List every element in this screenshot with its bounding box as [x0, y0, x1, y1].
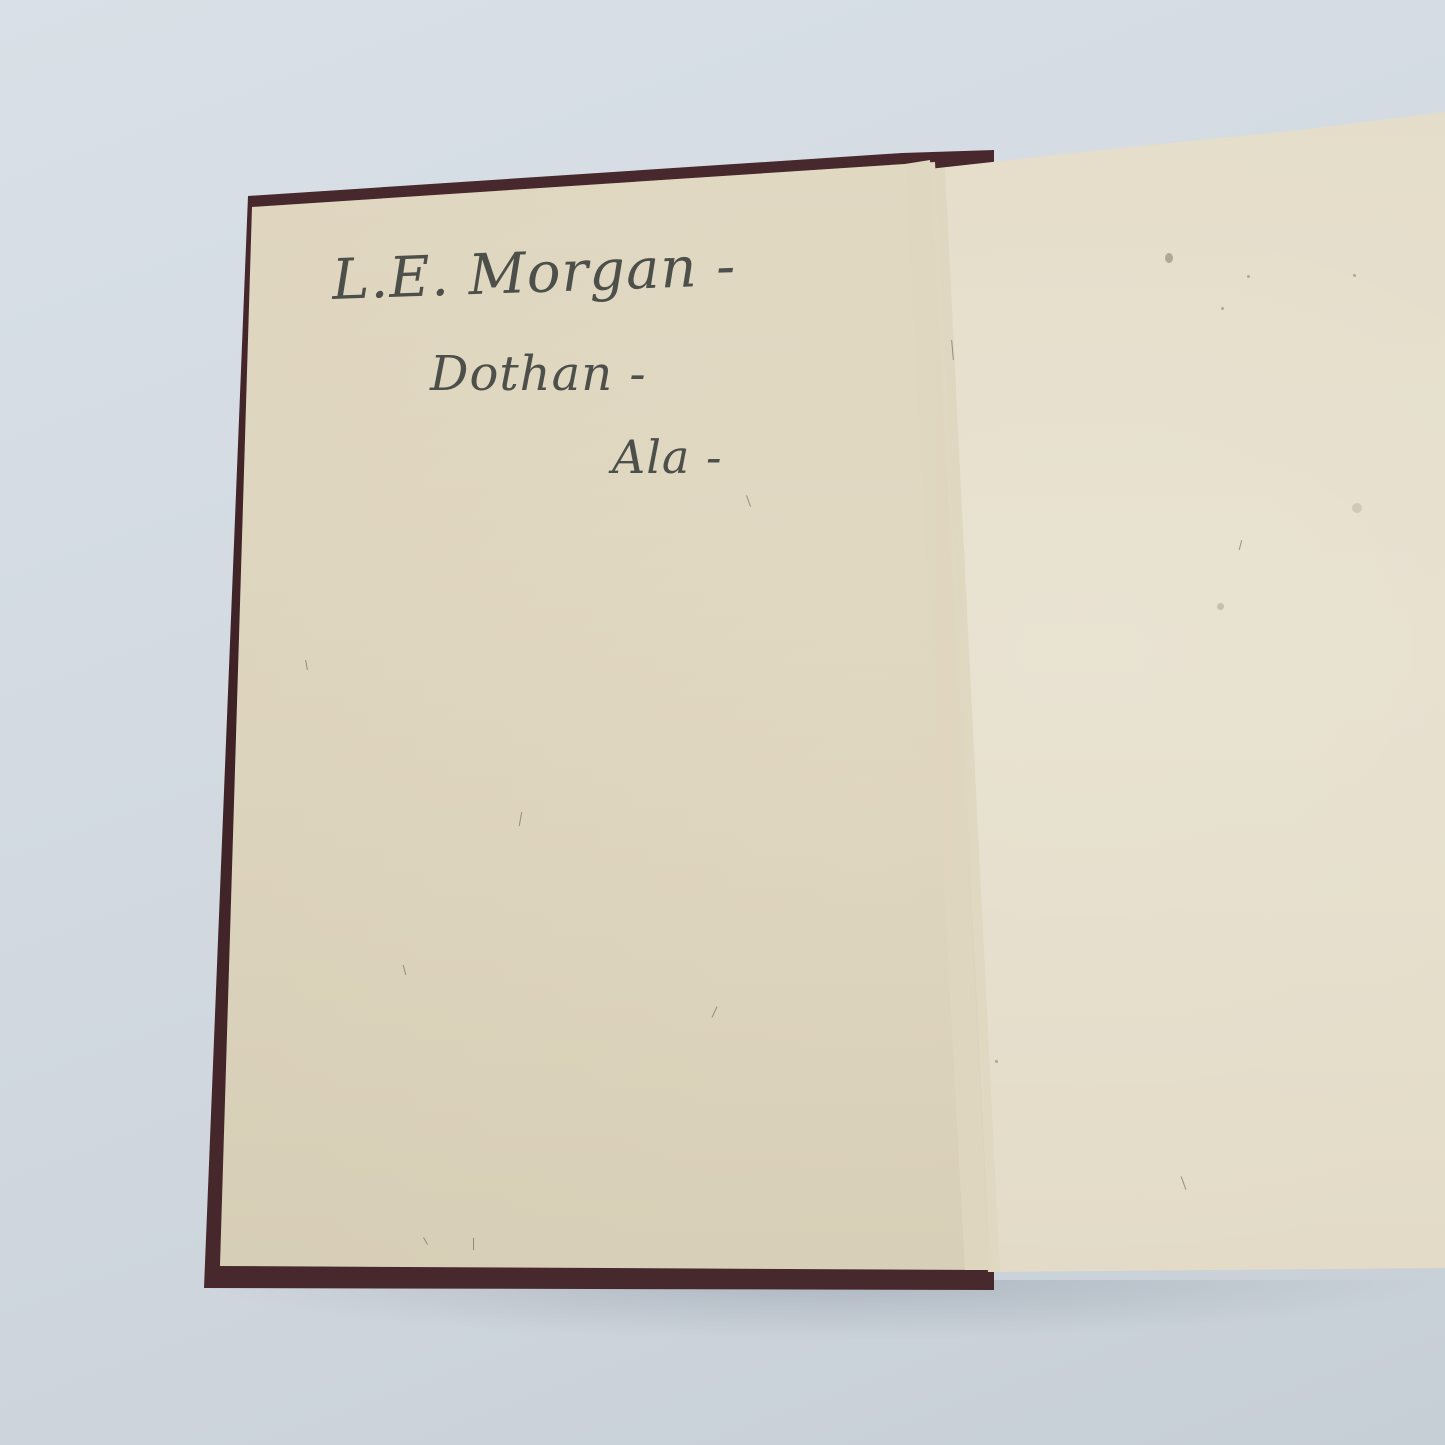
- inscription-city: Dothan -: [430, 346, 647, 402]
- paper-spot: [995, 1060, 998, 1063]
- paper-spot: [1353, 274, 1356, 277]
- paper-spot: [1221, 307, 1224, 310]
- book-photo: L.E. Morgan - Dothan - Ala -: [0, 0, 1445, 1445]
- paper-spot: [1165, 253, 1173, 263]
- inscription-state: Ala -: [612, 430, 723, 484]
- paper-spot: [1217, 603, 1224, 610]
- paper-spot: [1352, 503, 1362, 513]
- paper-spot: [1247, 275, 1250, 278]
- paper-fleck: [473, 1238, 474, 1250]
